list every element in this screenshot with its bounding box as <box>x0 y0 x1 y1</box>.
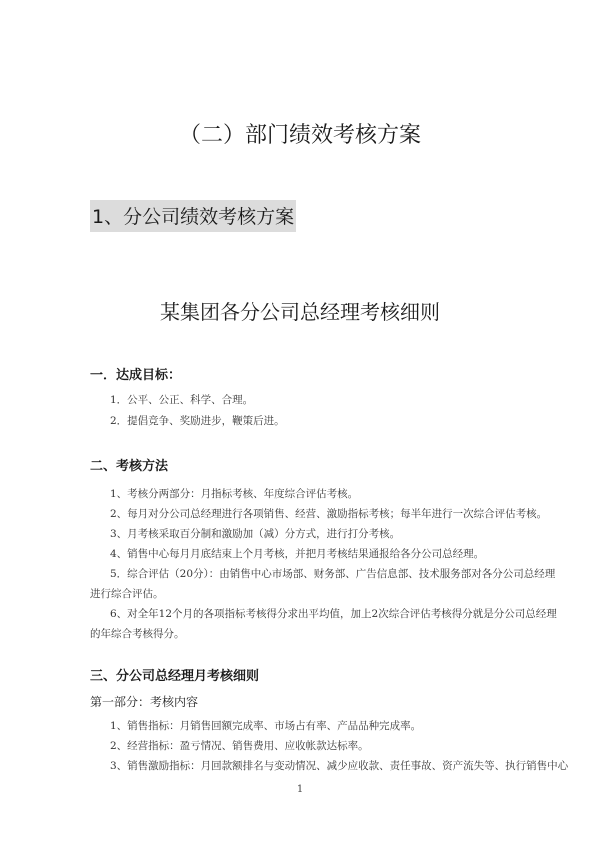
list-item: 2．提倡竞争、奖励进步，鞭策后进。 <box>110 413 285 428</box>
section-subtitle: 1、分公司绩效考核方案 <box>90 200 296 232</box>
list-item: 1、销售指标：月销售回额完成率、市场占有率、产品品种完成率。 <box>110 718 421 733</box>
part-subheading: 第一部分：考核内容 <box>90 693 198 710</box>
section-heading-methods: 二、考核方法 <box>90 455 168 474</box>
list-item: 6、对全年12个月的各项指标考核得分求出平均值，加上2次综合评估考核得分就是分公… <box>110 606 557 621</box>
part-title: （二）部门绩效考核方案 <box>0 118 600 149</box>
list-item: 2、每月对分公司总经理进行各项销售、经营、激励指标考核；每半年进行一次综合评估考… <box>110 506 547 521</box>
list-item: 1、考核分两部分：月指标考核、年度综合评估考核。 <box>110 486 358 501</box>
list-item: 3、月考核采取百分制和激励加（减）分方式，进行打分考核。 <box>110 526 400 541</box>
section-heading-goals: 一．达成目标： <box>90 364 181 383</box>
list-item: 1．公平、公正、科学、合理。 <box>110 392 253 407</box>
list-item: 3、销售激励指标：月回款额排名与变动情况、减少应收款、责任事故、资产流失等、执行… <box>110 758 568 773</box>
page-number: 1 <box>0 784 600 795</box>
section-heading-monthly-rules: 三、分公司总经理月考核细则 <box>90 665 259 684</box>
document-title: 某集团各分公司总经理考核细则 <box>0 296 600 325</box>
list-item: 2、经营指标：盈亏情况、销售费用、应收帐款达标率。 <box>110 738 369 753</box>
list-item: 4、销售中心每月月底结束上个月考核，并把月考核结果通报给各分公司总经理。 <box>110 546 484 561</box>
list-item: 5．综合评估（20分）：由销售中心市场部、财务部、广告信息部、技术服务部对各分公… <box>110 566 555 581</box>
list-item-continuation: 进行综合评估。 <box>90 586 164 601</box>
list-item-continuation: 的年综合考核得分。 <box>90 626 185 641</box>
